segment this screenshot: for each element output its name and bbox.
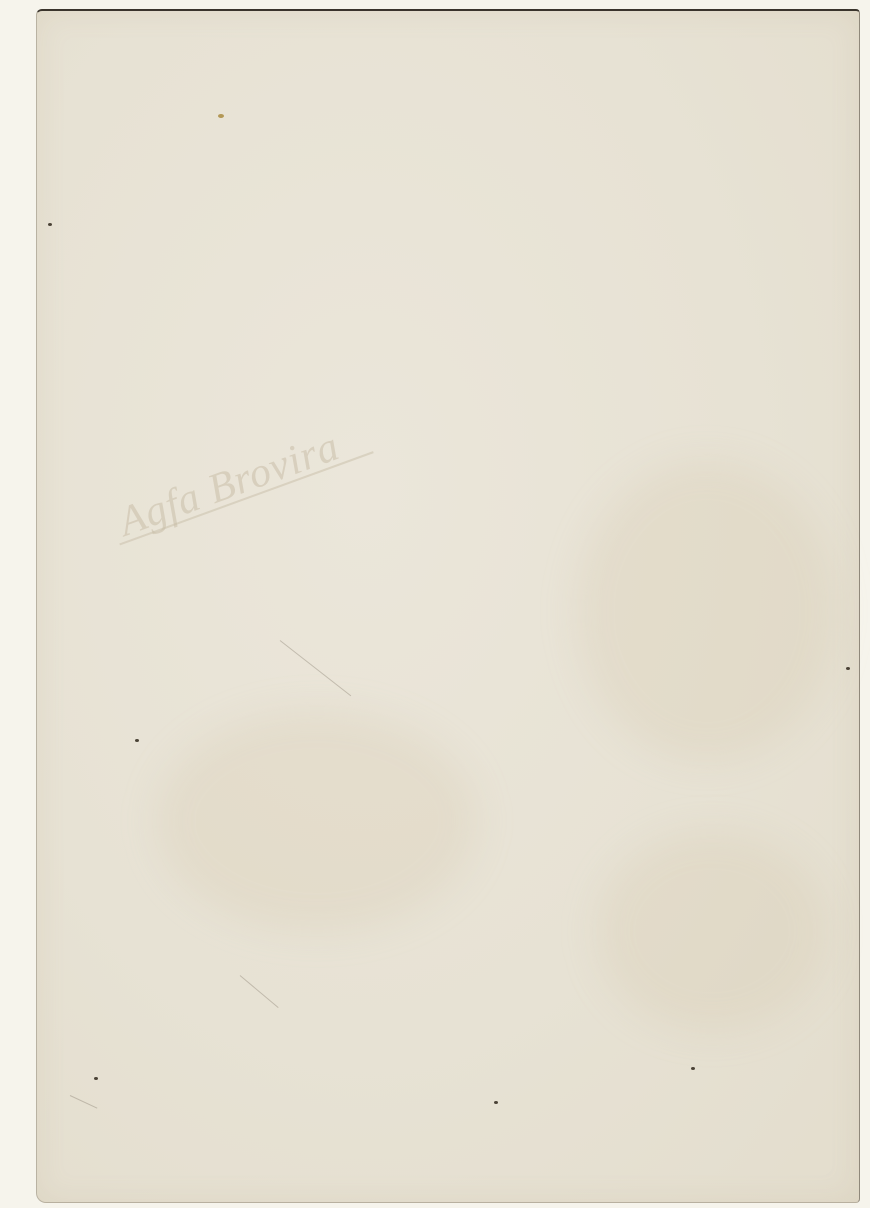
age-stain [597, 831, 827, 1031]
speck [494, 1101, 498, 1104]
age-stain [157, 711, 477, 931]
speck [218, 114, 224, 118]
photo-card-back [36, 9, 860, 1203]
speck [94, 1077, 98, 1080]
speck [691, 1067, 695, 1070]
speck [846, 667, 850, 670]
speck [48, 223, 52, 226]
speck [135, 739, 139, 742]
age-stain [577, 461, 837, 761]
